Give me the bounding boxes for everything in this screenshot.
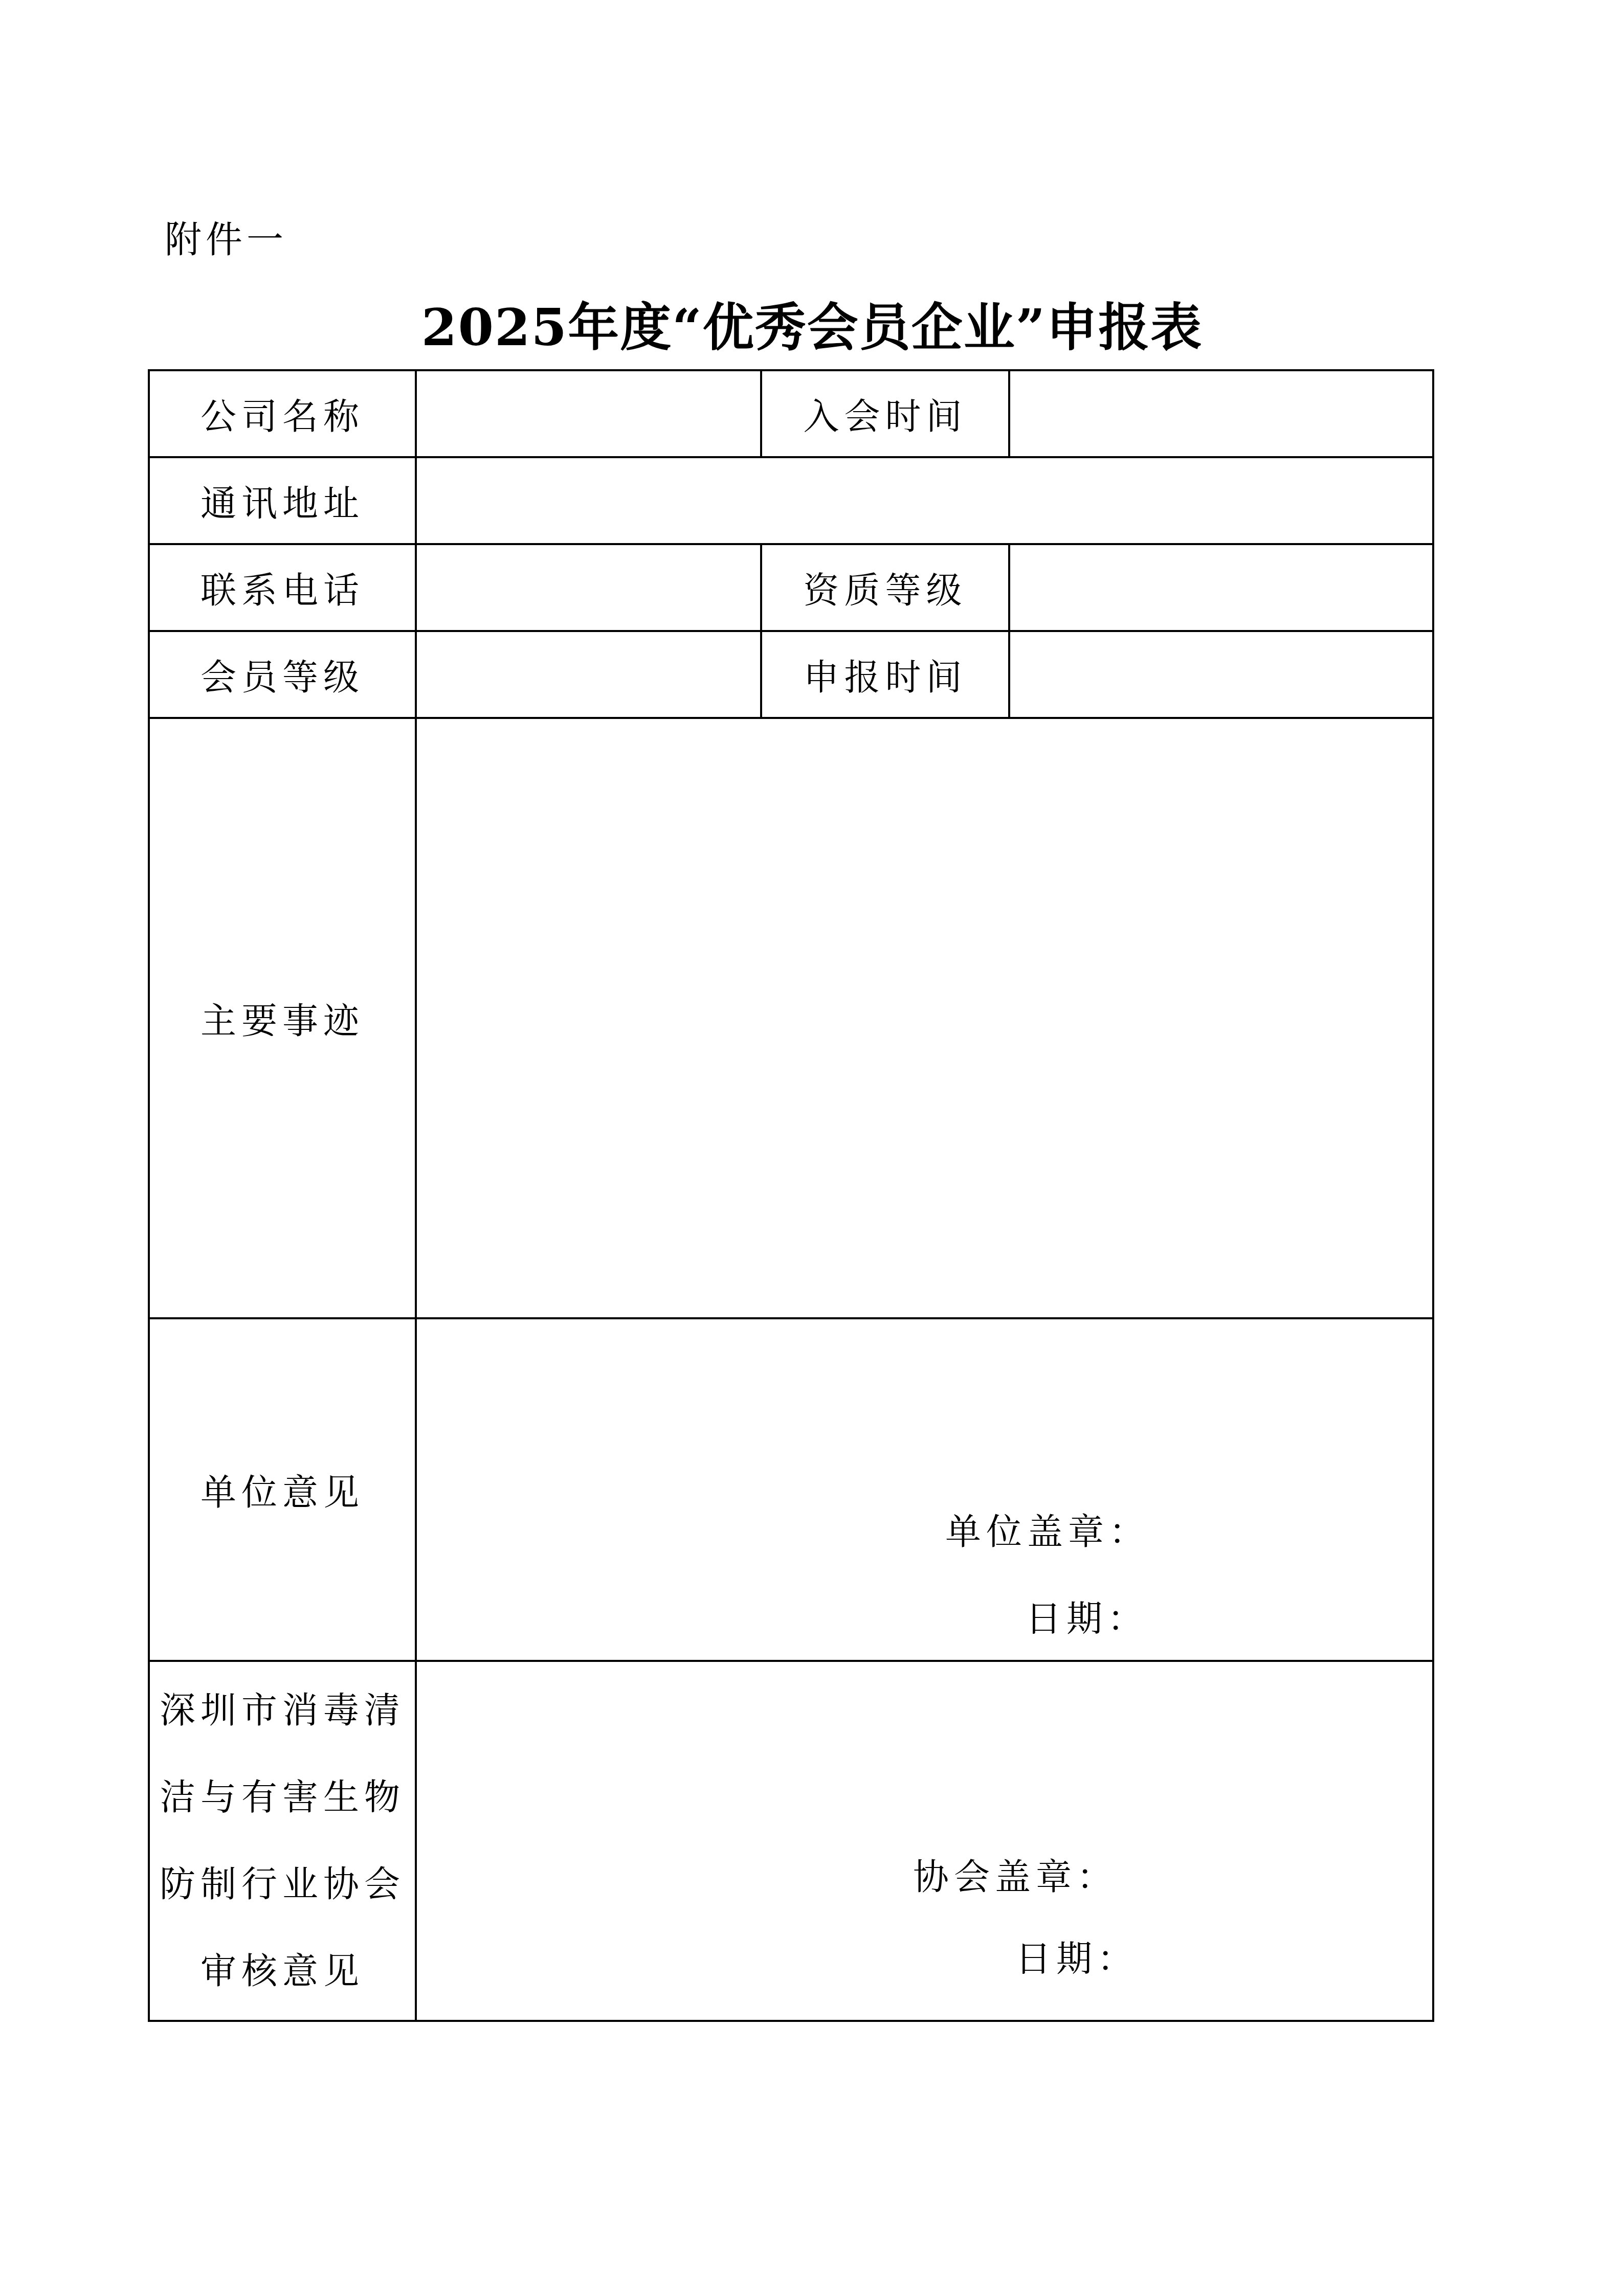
association-review-field[interactable]: 协会盖章： 日期： (416, 1661, 1433, 2021)
achievements-label: 主要事迹 (149, 718, 416, 1318)
attachment-label: 附件一 (165, 210, 287, 263)
apply-date-label: 申报时间 (761, 631, 1009, 718)
row-address: 通讯地址 (149, 457, 1433, 544)
unit-stamp-label: 单位盖章： (945, 1503, 1150, 1555)
row-phone: 联系电话 资质等级 (149, 544, 1433, 631)
qualification-field[interactable] (1009, 544, 1433, 631)
qualification-label: 资质等级 (761, 544, 1009, 631)
row-association-review: 深圳市消毒清 洁与有害生物 防制行业协会 审核意见 协会盖章： 日期： (149, 1661, 1433, 2021)
join-date-label: 入会时间 (761, 370, 1009, 457)
achievements-field[interactable] (416, 718, 1433, 1318)
phone-label: 联系电话 (149, 544, 416, 631)
association-review-label: 深圳市消毒清 洁与有害生物 防制行业协会 审核意见 (149, 1661, 416, 2021)
member-level-label: 会员等级 (149, 631, 416, 718)
join-date-field[interactable] (1009, 370, 1433, 457)
company-name-label: 公司名称 (149, 370, 416, 457)
row-achievements: 主要事迹 (149, 718, 1433, 1318)
association-date-label: 日期： (1015, 1930, 1138, 1982)
phone-field[interactable] (416, 544, 761, 631)
apply-date-field[interactable] (1009, 631, 1433, 718)
address-label: 通讯地址 (149, 457, 416, 544)
member-level-field[interactable] (416, 631, 761, 718)
unit-opinion-label: 单位意见 (149, 1318, 416, 1661)
unit-date-label: 日期： (1026, 1590, 1148, 1642)
unit-opinion-field[interactable]: 单位盖章： 日期： (416, 1318, 1433, 1661)
address-field[interactable] (416, 457, 1433, 544)
company-name-field[interactable] (416, 370, 761, 457)
association-stamp-label: 协会盖章： (913, 1849, 1118, 1900)
row-unit-opinion: 单位意见 单位盖章： 日期： (149, 1318, 1433, 1661)
row-company: 公司名称 入会时间 (149, 370, 1433, 457)
form-title: 2025年度“优秀会员企业”申报表 (0, 286, 1624, 360)
application-form-table: 公司名称 入会时间 通讯地址 联系电话 资质等级 会员等级 申报时间 主要事迹 … (148, 369, 1434, 2022)
row-member-level: 会员等级 申报时间 (149, 631, 1433, 718)
